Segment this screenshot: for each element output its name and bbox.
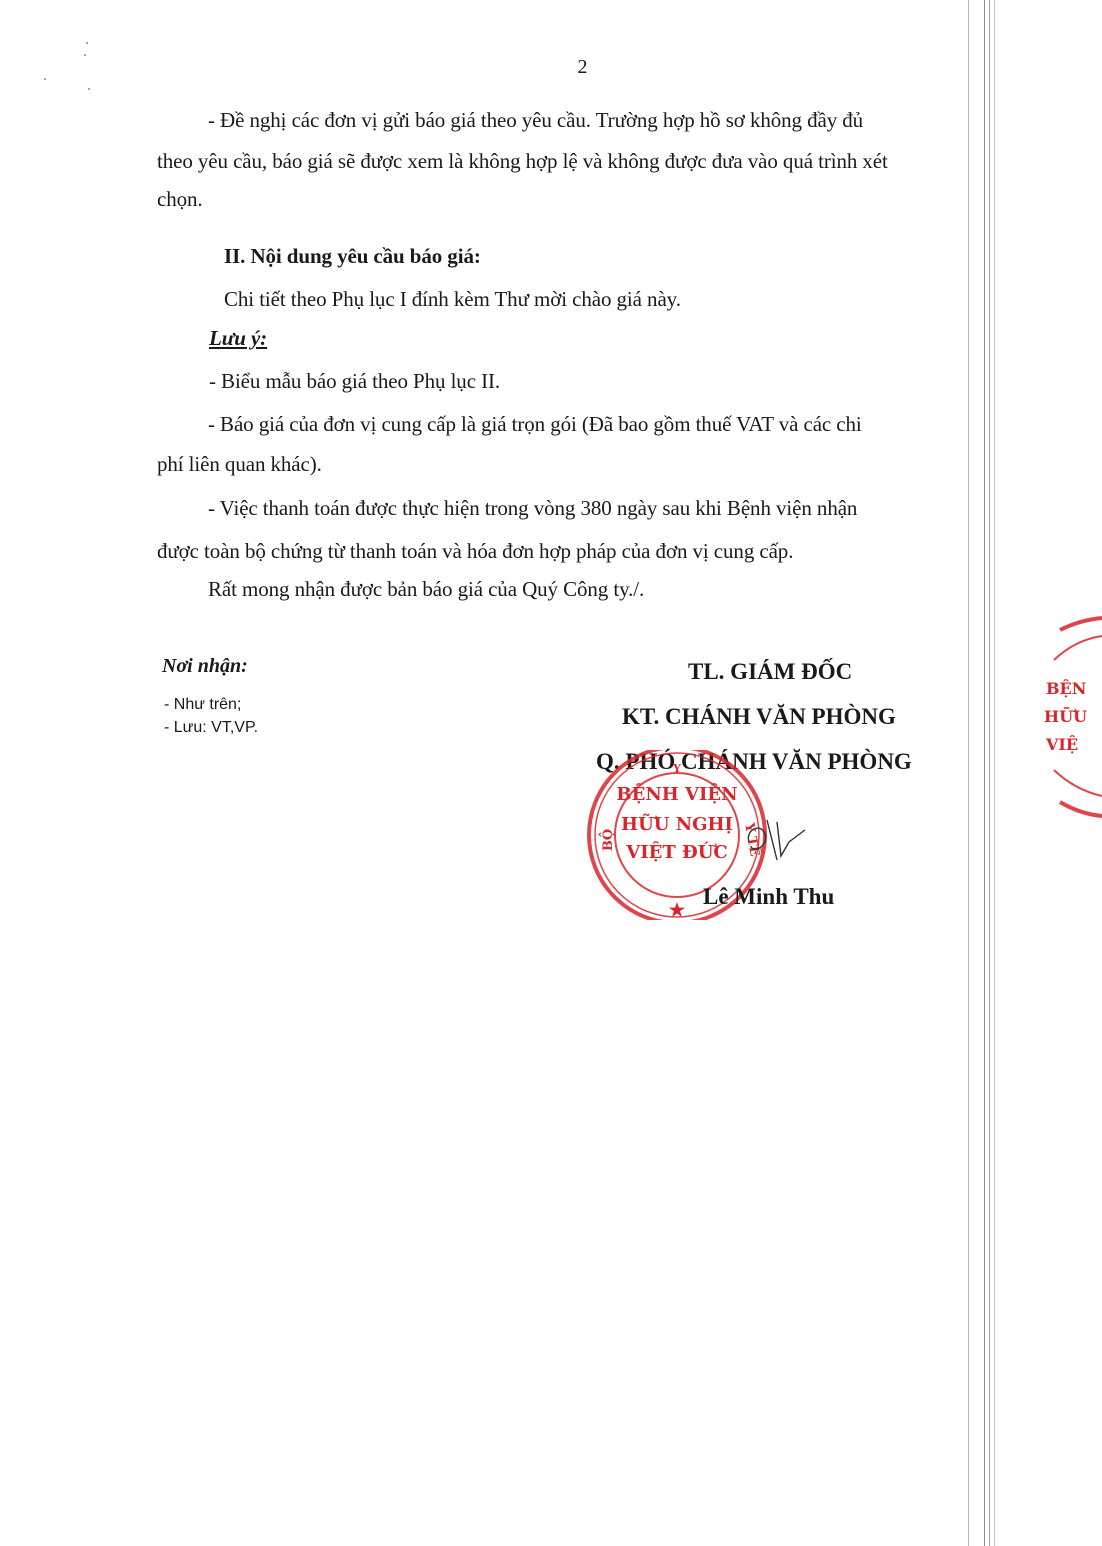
stamp-text-3: VIỆT ĐỨC: [625, 840, 728, 863]
svg-text:HỮU: HỮU: [1044, 705, 1087, 726]
closing-line: Rất mong nhận được bản báo giá của Quý C…: [208, 577, 644, 602]
recipients-title: Nơi nhận:: [162, 655, 248, 678]
recipient-item: - Như trên;: [164, 696, 241, 714]
handwritten-signature: [743, 812, 823, 872]
note-item: - Biểu mẫu báo giá theo Phụ lục II.: [209, 369, 500, 394]
svg-text:Y: Y: [672, 762, 681, 775]
note-item: phí liên quan khác).: [157, 452, 322, 477]
scan-edge-line: [989, 0, 990, 1546]
scan-edge-line: [984, 0, 985, 1546]
signature-title-1: TL. GIÁM ĐỐC: [688, 659, 852, 685]
paragraph-line: chọn.: [157, 187, 203, 212]
note-label: Lưu ý:: [209, 326, 267, 351]
star-icon: ★: [669, 900, 686, 920]
partial-stamp-edge: BỆN HỮU VIỆ: [1040, 610, 1102, 830]
svg-text:BỆN: BỆN: [1046, 678, 1086, 698]
paragraph-line: - Đề nghị các đơn vị gửi báo giá theo yê…: [208, 108, 863, 133]
stamp-text-1: BỆNH VIỆN: [616, 782, 737, 805]
stamp-text-2: HỮU NGHỊ: [621, 812, 733, 835]
note-item: - Báo giá của đơn vị cung cấp là giá trọ…: [208, 412, 862, 437]
scan-edge-line: [994, 0, 995, 1546]
signer-name: Lê Minh Thu: [703, 884, 834, 910]
scan-speck: [86, 42, 88, 44]
scan-speck: [88, 88, 90, 90]
note-item: được toàn bộ chứng từ thanh toán và hóa …: [157, 539, 793, 564]
stamp-ring-left: BỘ: [599, 829, 616, 851]
paragraph-line: theo yêu cầu, báo giá sẽ được xem là khô…: [157, 149, 888, 174]
svg-text:VIỆ: VIỆ: [1045, 734, 1078, 754]
section-heading: II. Nội dung yêu cầu báo giá:: [224, 244, 481, 269]
recipient-item: - Lưu: VT,VP.: [164, 719, 258, 737]
page-number: 2: [0, 56, 1102, 79]
note-item: - Việc thanh toán được thực hiện trong v…: [208, 496, 857, 521]
scan-edge-line: [968, 0, 969, 1546]
section-detail: Chi tiết theo Phụ lục I đính kèm Thư mời…: [224, 287, 681, 312]
signature-title-2: KT. CHÁNH VĂN PHÒNG: [622, 704, 896, 730]
